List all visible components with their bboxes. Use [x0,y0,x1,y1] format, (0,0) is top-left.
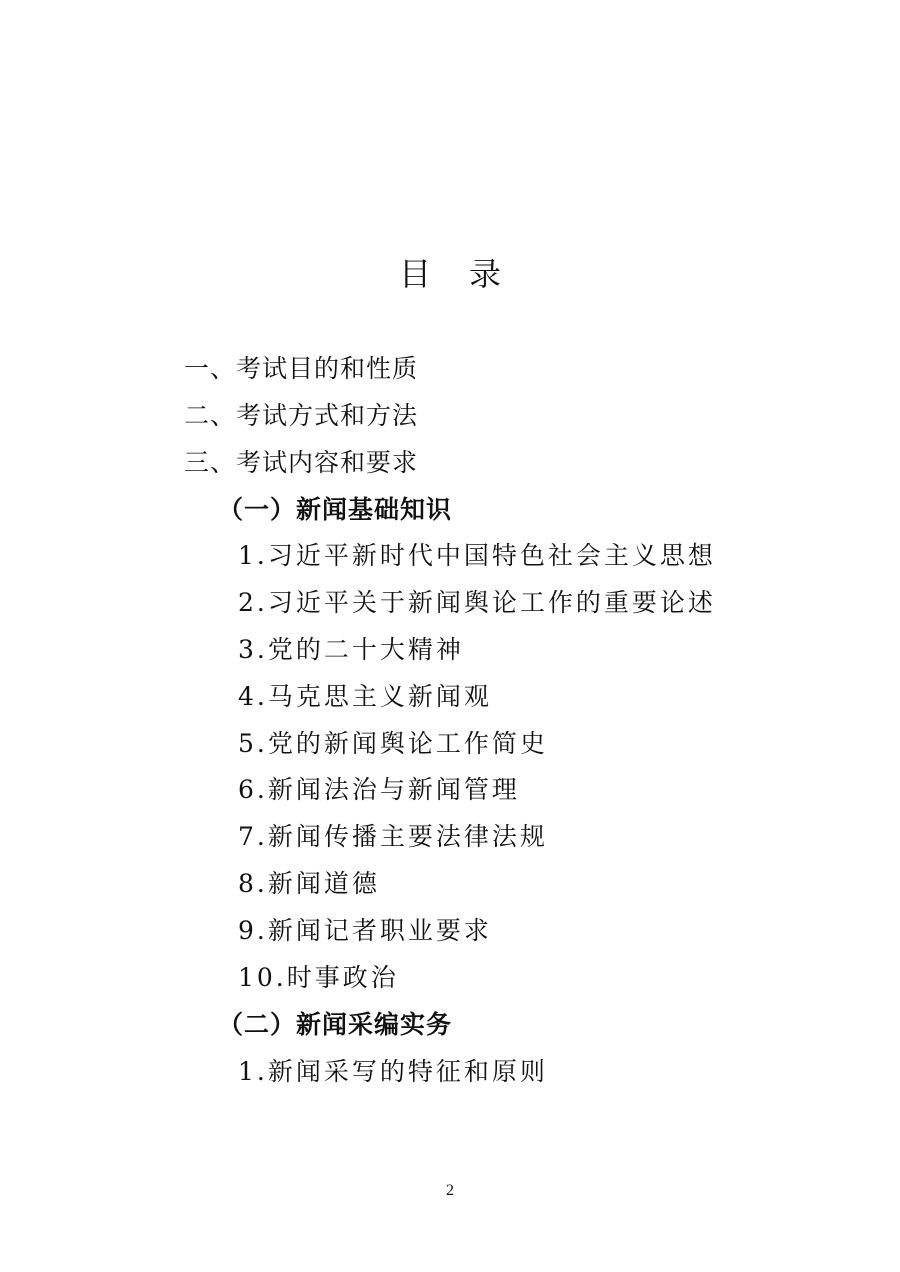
toc-item[interactable]: 1.习近平新时代中国特色社会主义思想 [238,539,716,573]
toc-subsection-2[interactable]: （二）新闻采编实务 [218,1008,452,1042]
toc-section-1[interactable]: 一、考试目的和性质 [184,352,418,386]
toc-title: 目录 [0,252,900,296]
toc-item[interactable]: 6.新闻法治与新闻管理 [238,773,520,807]
toc-section-3[interactable]: 三、考试内容和要求 [184,446,418,480]
toc-item[interactable]: 7.新闻传播主要法律法规 [238,820,548,854]
toc-item[interactable]: 1.新闻采写的特征和原则 [238,1055,548,1089]
toc-item[interactable]: 9.新闻记者职业要求 [238,914,492,948]
toc-section-2[interactable]: 二、考试方式和方法 [184,399,418,433]
toc-item[interactable]: 8.新闻道德 [238,867,380,901]
toc-item[interactable]: 10.时事政治 [238,961,399,995]
toc-item[interactable]: 3.党的二十大精神 [238,633,464,667]
page-number: 2 [0,1182,900,1200]
toc-item[interactable]: 4.马克思主义新闻观 [238,680,492,714]
toc-item[interactable]: 2.习近平关于新闻舆论工作的重要论述 [238,586,716,620]
toc-subsection-1[interactable]: （一）新闻基础知识 [218,493,452,527]
toc-item[interactable]: 5.党的新闻舆论工作简史 [238,727,548,761]
